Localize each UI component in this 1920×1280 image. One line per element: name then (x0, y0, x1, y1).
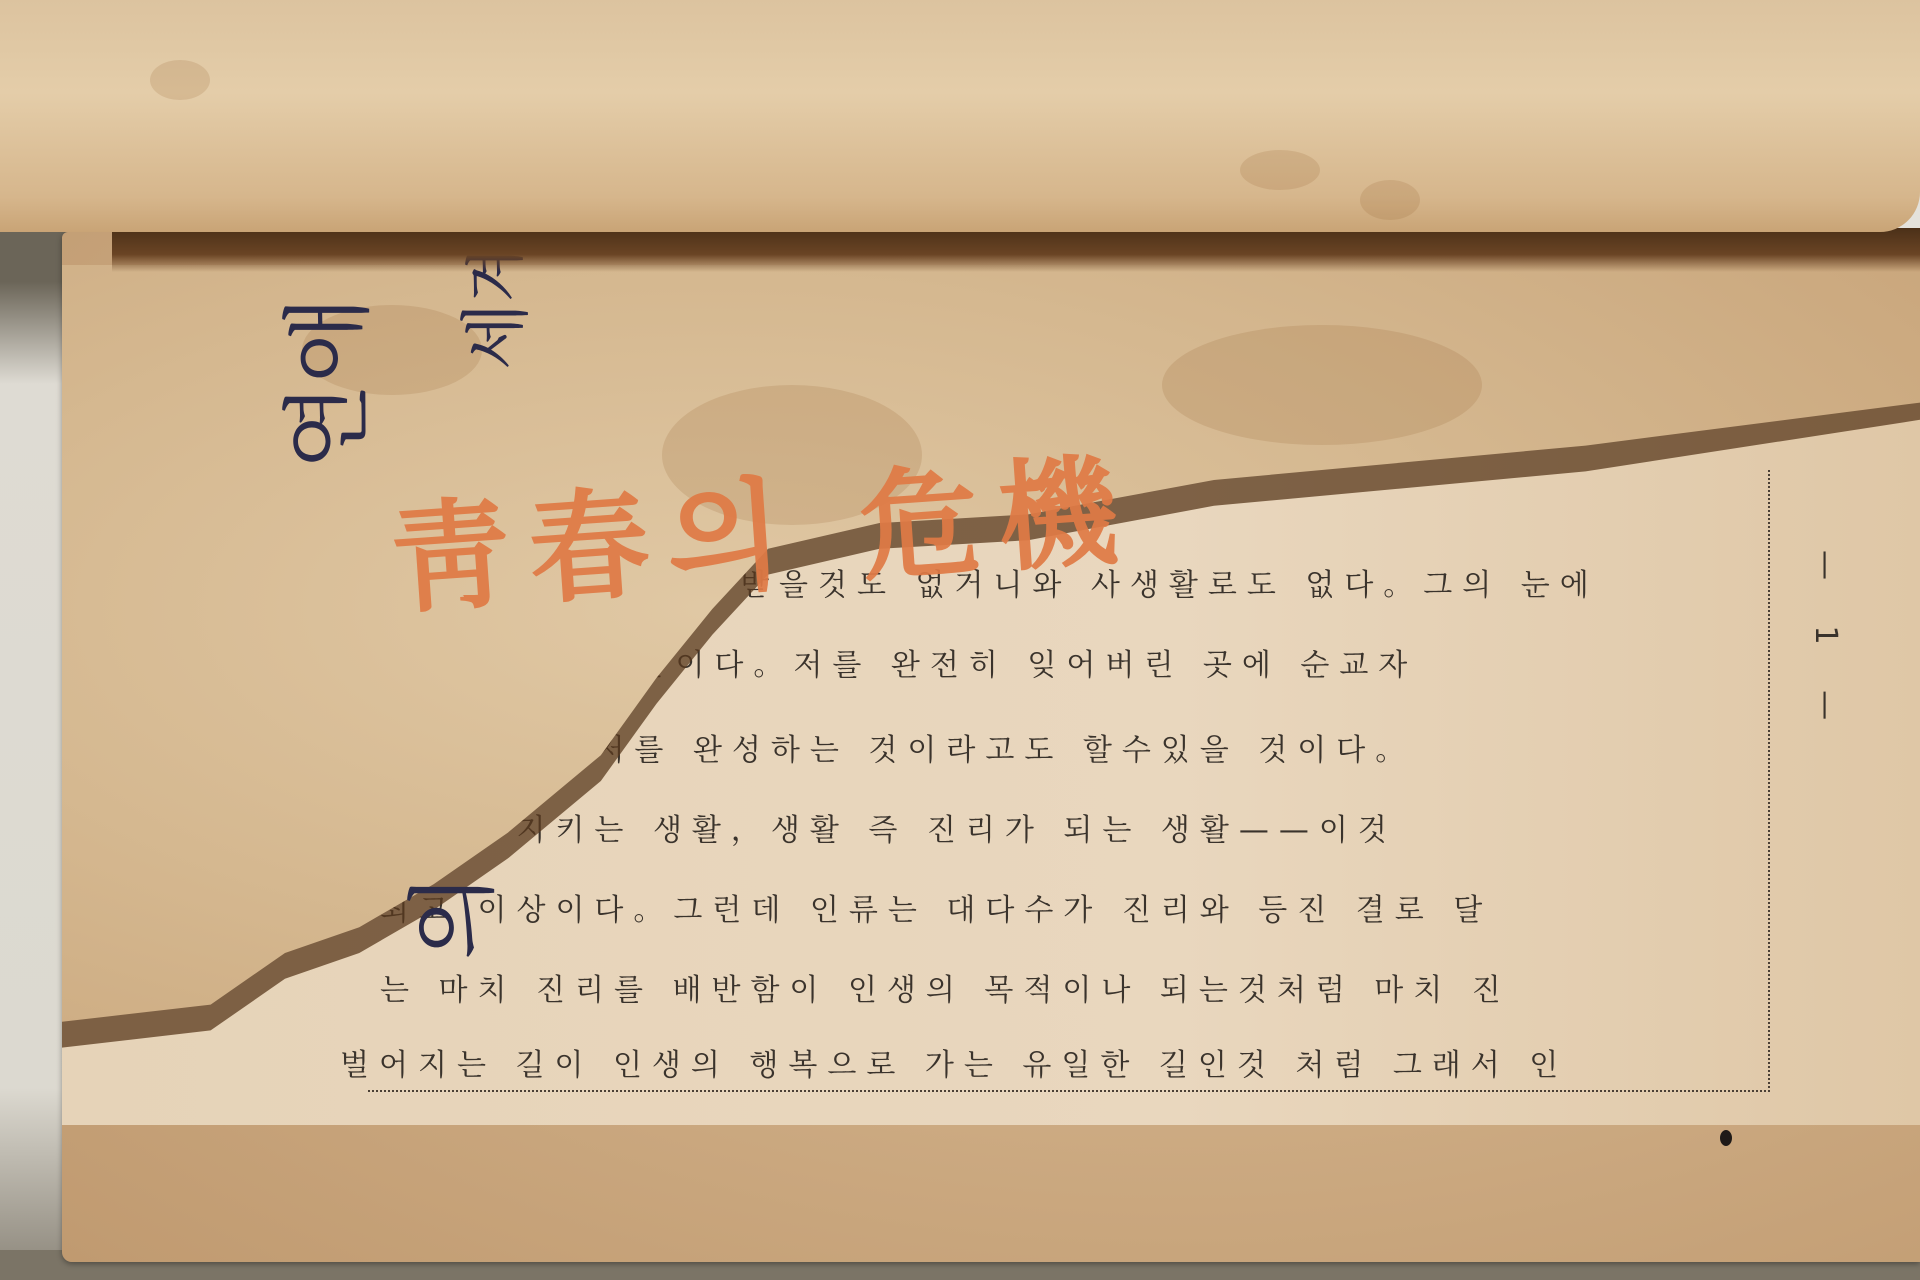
text-line: 최고 이상이다。그런데 인류는 대다수가 진리와 등진 결로 달 (380, 885, 1492, 929)
cover-shadow (112, 228, 1920, 272)
book-cover-flap (0, 0, 1920, 232)
text-line: 벌어지는 길이 인생의 행복으로 가는 유일한 길인것 처럼 그래서 인 (340, 1040, 1568, 1084)
page-number: — 1 — (1808, 550, 1843, 738)
text-line: 는 마치 진리를 배반함이 인생의 목적이나 되는것처럼 마치 진 (380, 965, 1511, 1009)
handwritten-note: 의 (380, 873, 510, 960)
handwritten-note: 연애 (255, 296, 385, 470)
ink-spot (1720, 1130, 1732, 1146)
